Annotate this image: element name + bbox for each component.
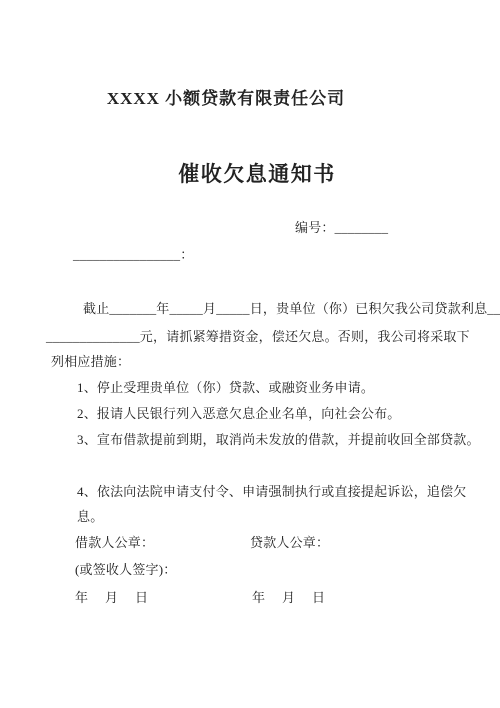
signer-signature-label: (或签收人签字)： [75, 563, 176, 578]
addressee-colon: ： [180, 247, 193, 262]
measure-item-4: 4、依法向法院申请支付令、申请强制执行或直接提起诉讼，追偿欠 [77, 485, 467, 500]
company-name: XXXX 小额贷款有限责任公司 [0, 84, 452, 109]
measure-item-4-continued: 息。 [77, 510, 103, 525]
serial-number-line: 编号：________ [295, 221, 388, 236]
measure-item-3: 3、宣布借款提前到期，取消尚未发放的借款，并提前收回全部贷款。 [77, 433, 480, 448]
lender-seal-label: 贷款人公章： [250, 536, 329, 551]
body-paragraph-line-3: 列相应措施： [51, 355, 130, 370]
body-paragraph-line-2: ______________元，请抓紧筹措资金，偿还欠息。否则，我公司将采取下 [46, 330, 470, 345]
borrower-date-line: 年 月 日 [75, 591, 150, 606]
serial-label: 编号： [295, 220, 335, 235]
addressee-line: ________________： [73, 248, 193, 263]
measure-item-2: 2、报请人民银行列入恶意欠息企业名单，向社会公布。 [77, 407, 401, 422]
lender-date-line: 年 月 日 [252, 591, 327, 606]
measure-item-1: 1、停止受理贵单位（你）贷款、或融资业务申请。 [77, 381, 374, 396]
document-page: XXXX 小额贷款有限责任公司 催收欠息通知书 编号：________ ____… [0, 0, 500, 708]
borrower-seal-label: 借款人公章： [75, 536, 154, 551]
document-title: 催收欠息通知书 [14, 158, 500, 188]
serial-blank: ________ [335, 220, 389, 235]
body-paragraph-line-1: 截止_______年_____月_____日，贵单位（你）已积欠我公司贷款利息_… [83, 302, 500, 317]
addressee-blank: ________________ [73, 247, 180, 262]
